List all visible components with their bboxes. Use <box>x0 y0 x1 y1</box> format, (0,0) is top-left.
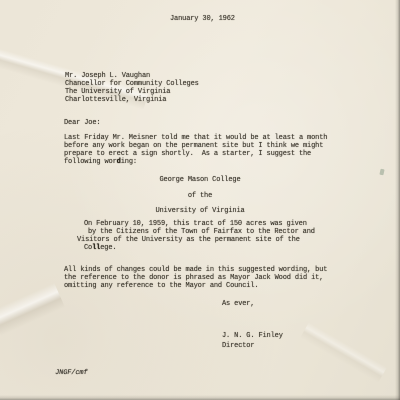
quote-text: Co <box>84 244 92 252</box>
salutation: Dear Joe: <box>64 119 100 127</box>
recipient-title: Chancellor for Community Colleges <box>65 80 199 88</box>
recipient-name: Mr. Joseph L. Vaughan <box>65 72 150 80</box>
letter-date: January 30, 1962 <box>170 15 235 23</box>
paper-crease-bottom-right <box>291 302 399 399</box>
body-line: prepare to erect a sign shortly. As a st… <box>64 150 311 158</box>
quote-line-with-overstrike: College. <box>84 244 116 252</box>
closing: As ever, <box>222 300 254 308</box>
recipient-org: The University of Virginia <box>65 88 170 96</box>
quote-text: ege. <box>100 244 116 252</box>
body-text: following wor <box>64 158 117 166</box>
sign-wording-university: University of Virginia <box>64 207 336 215</box>
signature-title: Director <box>222 342 254 350</box>
overstruck-characters: ll <box>92 244 100 252</box>
scan-edge-bottom <box>0 395 400 400</box>
quote-line: On February 10, 1959, this tract of 150 … <box>84 220 307 228</box>
quote-line: Visitors of the University as the perman… <box>77 236 300 244</box>
letter-scan: January 30, 1962 Mr. Joseph L. Vaughan C… <box>0 0 400 400</box>
scan-edge-right <box>395 0 400 400</box>
body-text: ing: <box>121 158 137 166</box>
body-line: before any work began on the permanent s… <box>64 142 323 150</box>
typist-reference: JNGF/cmf <box>54 369 88 377</box>
body-line: All kinds of changes could be made in th… <box>64 266 327 274</box>
recipient-city: Charlottesville, Virginia <box>65 96 166 104</box>
sign-wording-college-name: George Mason College <box>64 176 336 184</box>
body-line: the reference to the donor is phrased as… <box>64 274 323 282</box>
quote-line: by the Citizens of the Town of Fairfax t… <box>88 228 315 236</box>
body-line: Last Friday Mr. Meisner told me that it … <box>64 134 327 142</box>
signature-name: J. N. G. Finley <box>222 332 283 340</box>
paper-crease-bottom-left <box>0 266 71 349</box>
body-line: omitting any reference to the Mayor and … <box>64 282 258 290</box>
sign-wording-of-the: of the <box>64 192 336 200</box>
pencil-mark <box>379 169 384 176</box>
body-line-with-overstrike: following wording: <box>64 158 137 166</box>
